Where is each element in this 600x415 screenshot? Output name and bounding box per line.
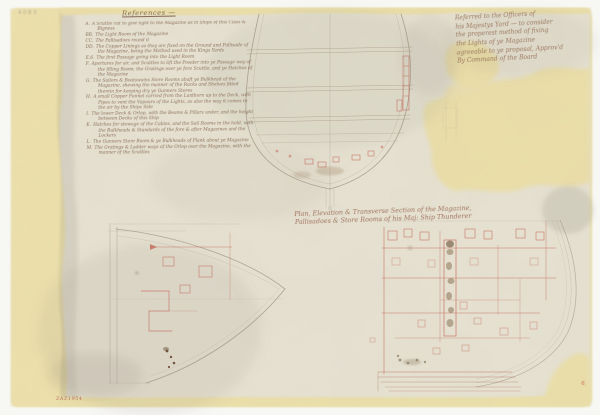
- reference-marker: M.: [87, 146, 93, 151]
- top-left-pencil-number: 4083: [18, 10, 38, 16]
- reference-entry: M.The Gratings & Ladder ways of the Orlo…: [87, 144, 255, 157]
- reference-text: The lower Deck & Orlop, with the Beams &…: [91, 110, 253, 122]
- reference-text: The Sailors & Boatswains Store Rooms aba…: [93, 77, 239, 94]
- reference-marker: I.: [86, 112, 89, 117]
- reference-marker: DD.: [86, 45, 94, 50]
- reference-entry: G.The Sailors & Boatswains Store Rooms a…: [86, 77, 254, 95]
- reference-marker: CC.: [85, 39, 93, 44]
- reference-text: The Gratings & Ladder ways of the Orlop …: [94, 144, 250, 156]
- reference-marker: L.: [87, 140, 91, 145]
- reference-marker: K.: [86, 123, 91, 128]
- scanned-ship-plan-page: 4083 References — A.A Scuttle cut to giv…: [0, 0, 600, 415]
- reference-marker: A.: [85, 22, 90, 27]
- catalog-number: ZAZ1954: [56, 397, 83, 402]
- reference-marker: BB.: [85, 33, 93, 38]
- reference-marker: H.: [86, 95, 91, 100]
- references-list: A.A Scuttle cut to give light to the Mag…: [85, 20, 254, 157]
- reference-entry: H.A small Copper Funnel carried from the…: [86, 93, 254, 111]
- reference-marker: G.: [86, 79, 91, 84]
- references-heading: References —: [122, 9, 176, 18]
- office-annotation: Referred to the Officers of his Majestys…: [455, 7, 596, 66]
- reference-marker: F.: [86, 62, 90, 67]
- reference-text: The Light Room of the Magazine: [95, 32, 168, 38]
- reference-entry: K.Hatches for stowage of the Cables, and…: [86, 121, 254, 139]
- reference-entry: F.Apertures for air, and Scuttles to lif…: [86, 60, 254, 78]
- reference-text: A Scuttle cut to give light to the Magaz…: [92, 20, 246, 32]
- reference-text: A small Copper Funnel carried from the L…: [93, 94, 251, 111]
- reference-text: Apertures for air, and Scuttles to lift …: [91, 60, 252, 77]
- reference-text: The Copper Linings as they are fixed on …: [96, 43, 248, 55]
- reference-text: Hatches for stowage of the Cables, and t…: [93, 121, 253, 138]
- reference-marker: E.6.: [86, 56, 95, 61]
- reference-text: The Pallisadoes round it: [95, 38, 149, 44]
